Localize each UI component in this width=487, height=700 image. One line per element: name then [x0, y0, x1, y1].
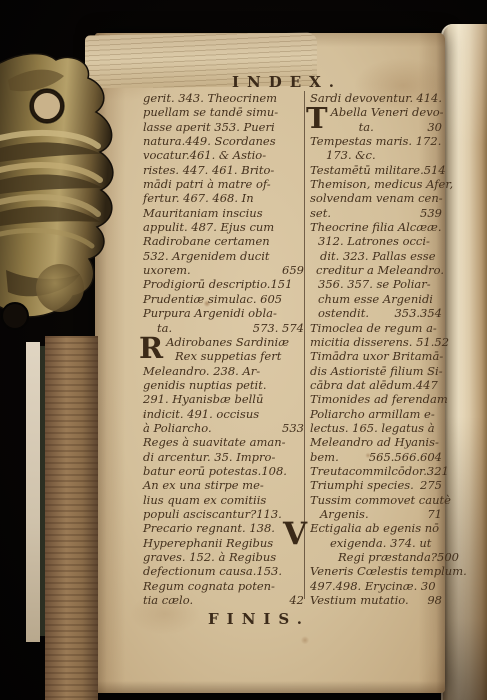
index-line: dis Astioristē filium Si-	[310, 364, 442, 378]
entry-text: 173. &c.	[326, 148, 376, 162]
index-line: graves. 152. à Regibus	[143, 550, 304, 564]
entry-text: exigenda. 374. ut	[330, 536, 431, 550]
entry-text: Tempestas maris. 172.	[310, 134, 441, 148]
entry-text: fertur. 467. 468. In	[143, 191, 254, 205]
entry-text: cābra dat alēdum.447	[310, 378, 438, 392]
entry-text: Prodigiorū descriptio.151	[143, 277, 292, 291]
entry-text: Prudentiæ simulac. 605	[143, 292, 282, 306]
index-line: RAdirobanes Sardiniæ	[143, 335, 304, 349]
index-line: mādi patri à matre of-	[143, 177, 304, 191]
entry-page-number: 98	[427, 593, 442, 607]
index-line: An ex una stirpe me-	[143, 478, 304, 492]
entry-text: genidis nuptias petit.	[143, 378, 266, 392]
entry-text: Treutacommilcōdor.321	[310, 464, 449, 478]
index-line: ristes. 447. 461. Brito-	[143, 163, 304, 177]
entry-text: Argenis.	[320, 507, 369, 521]
index-line: Timādra uxor Britamā-	[310, 349, 442, 363]
entry-text: appulit. 487. Ejus cum	[143, 220, 274, 234]
index-line: Triumphi species.275	[310, 478, 442, 492]
entry-text: Timādra uxor Britamā-	[310, 349, 443, 363]
index-line: cābra dat alēdum.447	[310, 378, 442, 392]
entry-text: Precario regnant. 138.	[143, 521, 275, 535]
entry-text: Meleandro. 238. Ar-	[143, 364, 260, 378]
index-line: Purpura Argenidi obla-	[143, 306, 304, 320]
index-column-left: gerit. 343. Theocrinempuellam se tandē s…	[143, 91, 304, 607]
page-edge-sliver	[26, 342, 40, 642]
index-line: 312. Latrones occi-	[310, 234, 442, 248]
entry-text: lasse aperit 353. Pueri	[143, 120, 275, 134]
entry-text: 532. Argenidem ducit	[143, 249, 270, 263]
entry-page-number: 414.	[416, 91, 442, 105]
index-line: ta.573. 574	[143, 321, 304, 335]
index-line: dit. 323. Pallas esse	[310, 249, 442, 263]
entry-text: Regi præstanda?500	[338, 550, 459, 564]
entry-text: di arcentur. 35. Impro-	[143, 450, 275, 464]
index-line: 291. Hyanisbæ bellū	[143, 392, 304, 406]
entry-text: mādi patri à matre of-	[143, 177, 271, 191]
finis-label: FINIS.	[95, 610, 445, 628]
book-fore-edge	[26, 336, 98, 700]
index-line: Theocrine filia Alcææ.	[310, 220, 442, 234]
entry-text: Hyperephanii Regibus	[143, 536, 273, 550]
entry-page-number: 565.566.604	[369, 450, 442, 464]
entry-text: bem.	[310, 450, 339, 464]
index-line: lius quam ex comitiis	[143, 493, 304, 507]
entry-text: batur eorū potestas.108.	[143, 464, 287, 478]
book-page: INDEX. gerit. 343. Theocrinempuellam se …	[95, 33, 445, 693]
index-line: vocatur.461. & Astio-	[143, 148, 304, 162]
index-line: Prodigiorū descriptio.151	[143, 277, 304, 291]
entry-text: Veneris Cœlestis templum.	[310, 564, 467, 578]
entry-text: indicit. 491. occisus	[143, 407, 259, 421]
index-line: 497.498. Erycinæ. 30	[310, 579, 442, 593]
index-line: Reges à suavitate aman-	[143, 435, 304, 449]
index-line: Timonides ad ferendam	[310, 392, 442, 406]
entry-page-number: 71	[427, 507, 442, 521]
entry-text: tia cælo.	[143, 593, 193, 607]
entry-text: à Poliarcho.	[143, 421, 212, 435]
entry-text: micitia disserens. 51.52	[310, 335, 449, 349]
entry-text: defectionum causa.153.	[143, 564, 282, 578]
entry-text: Theocrine filia Alcææ.	[310, 220, 442, 234]
index-line: tia cælo.42	[143, 593, 304, 607]
index-line: batur eorū potestas.108.	[143, 464, 304, 478]
index-line: uxorem.659	[143, 263, 304, 277]
entry-text: Purpura Argenidi obla-	[143, 306, 277, 320]
index-line: Tempestas maris. 172.	[310, 134, 442, 148]
index-line: Regum cognata poten-	[143, 579, 304, 593]
clasp-hole-bottom	[2, 303, 28, 329]
entry-text: Regum cognata poten-	[143, 579, 275, 593]
entry-page-number: 533	[282, 421, 304, 435]
index-line: Meleandro. 238. Ar-	[143, 364, 304, 378]
index-line: micitia disserens. 51.52	[310, 335, 442, 349]
entry-text: lius quam ex comitiis	[143, 493, 266, 507]
index-line: Radirobane certamen	[143, 234, 304, 248]
entry-text: dis Astioristē filium Si-	[310, 364, 443, 378]
index-line: Prudentiæ simulac. 605	[143, 292, 304, 306]
entry-text: Abella Veneri devo-	[331, 105, 444, 119]
index-line: VEctigalia ab egenis nō	[310, 521, 442, 535]
index-line: creditur a Meleandro.	[310, 263, 442, 277]
entry-text: ristes. 447. 461. Brito-	[143, 163, 274, 177]
index-line: populi asciscantur?113.	[143, 507, 304, 521]
entry-text: creditur a Meleandro.	[316, 263, 444, 277]
index-line: chum esse Argenidi	[310, 292, 442, 306]
entry-text: gerit. 343. Theocrinem	[143, 91, 277, 105]
index-line: Argenis.71	[310, 507, 442, 521]
entry-text: ostendit.	[318, 306, 369, 320]
index-line: 532. Argenidem ducit	[143, 249, 304, 263]
facing-page-edge	[441, 24, 487, 700]
index-line: natura.449. Scordanes	[143, 134, 304, 148]
entry-text: solvendam venam cen-	[310, 191, 443, 205]
entry-text: Poliarcho armillam e-	[310, 407, 435, 421]
index-line: Themison, medicus Afer,	[310, 177, 442, 191]
index-line: gerit. 343. Theocrinem	[143, 91, 304, 105]
index-line: exigenda. 374. ut	[310, 536, 442, 550]
index-line: Mauritaniam inscius	[143, 206, 304, 220]
drop-cap: R	[139, 335, 163, 362]
entry-page-number: 353.354	[394, 306, 442, 320]
index-line: à Poliarcho.533	[143, 421, 304, 435]
index-line: TAbella Veneri devo-	[310, 105, 442, 119]
index-line: solvendam venam cen-	[310, 191, 442, 205]
index-line: Testamētū militare.514	[310, 163, 442, 177]
index-line: appulit. 487. Ejus cum	[143, 220, 304, 234]
index-line: puellam se tandē simu-	[143, 105, 304, 119]
entry-text: Meleandro ad Hyanis-	[310, 435, 439, 449]
entry-text: Rex suppetias fert	[175, 349, 281, 363]
index-line: Hyperephanii Regibus	[143, 536, 304, 550]
entry-page-number: 573. 574	[253, 321, 304, 335]
clasp-hole-top	[32, 91, 62, 121]
entry-text: uxorem.	[143, 263, 191, 277]
index-line: Timoclea de regum a-	[310, 321, 442, 335]
entry-page-number: 30	[427, 120, 442, 134]
entry-text: ta.	[157, 321, 172, 335]
drop-cap: T	[306, 105, 328, 132]
entry-text: 312. Latrones occi-	[318, 234, 430, 248]
index-line: indicit. 491. occisus	[143, 407, 304, 421]
entry-text: dit. 323. Pallas esse	[320, 249, 436, 263]
entry-page-number: 539	[420, 206, 442, 220]
entry-text: Timonides ad ferendam	[310, 392, 448, 406]
index-line: defectionum causa.153.	[143, 564, 304, 578]
index-line: Vestium mutatio.98	[310, 593, 442, 607]
entry-text: 356. 357. se Poliar-	[318, 277, 431, 291]
index-line: lectus. 165. legatus à	[310, 421, 442, 435]
index-line: lasse aperit 353. Pueri	[143, 120, 304, 134]
index-line: bem.565.566.604	[310, 450, 442, 464]
index-line: Treutacommilcōdor.321	[310, 464, 442, 478]
entry-text: Timoclea de regum a-	[310, 321, 437, 335]
index-line: 356. 357. se Poliar-	[310, 277, 442, 291]
index-line: Veneris Cœlestis templum.	[310, 564, 442, 578]
index-line: di arcentur. 35. Impro-	[143, 450, 304, 464]
index-line: ostendit.353.354	[310, 306, 442, 320]
index-line: 173. &c.	[310, 148, 442, 162]
entry-page-number: 42	[289, 593, 304, 607]
entry-text: Sardi devoventur.	[310, 91, 413, 105]
entry-text: Ectigalia ab egenis nō	[310, 521, 439, 535]
stained-page-edges	[45, 336, 98, 700]
entry-text: set.	[310, 206, 331, 220]
entry-text: Adirobanes Sardiniæ	[166, 335, 289, 349]
brass-clasp	[0, 50, 122, 342]
entry-text: 291. Hyanisbæ bellū	[143, 392, 263, 406]
entry-page-number: 275	[420, 478, 442, 492]
entry-text: Radirobane certamen	[143, 234, 270, 248]
entry-text: populi asciscantur?113.	[143, 507, 282, 521]
entry-text: An ex una stirpe me-	[143, 478, 264, 492]
drop-cap: V	[283, 521, 307, 548]
entry-text: puellam se tandē simu-	[143, 105, 278, 119]
index-line: Regi præstanda?500	[310, 550, 442, 564]
entry-text: chum esse Argenidi	[318, 292, 433, 306]
index-line: genidis nuptias petit.	[143, 378, 304, 392]
entry-text: Reges à suavitate aman-	[143, 435, 286, 449]
index-line: Precario regnant. 138.	[143, 521, 304, 535]
entry-text: natura.449. Scordanes	[143, 134, 276, 148]
entry-text: Vestium mutatio.	[310, 593, 409, 607]
index-column-right: Sardi devoventur.414.TAbella Veneri devo…	[310, 91, 442, 607]
index-line: Poliarcho armillam e-	[310, 407, 442, 421]
index-line: Sardi devoventur.414.	[310, 91, 442, 105]
entry-text: Themison, medicus Afer,	[310, 177, 453, 191]
entry-text: 497.498. Erycinæ. 30	[310, 579, 436, 593]
entry-text: ta.	[359, 120, 374, 134]
entry-text: graves. 152. à Regibus	[143, 550, 276, 564]
entry-text: Triumphi species.	[310, 478, 414, 492]
book-photo: INDEX. gerit. 343. Theocrinempuellam se …	[0, 0, 487, 700]
index-title: INDEX.	[95, 73, 445, 91]
entry-page-number: 659	[282, 263, 304, 277]
index-line: Tussim commovet cautè	[310, 493, 442, 507]
entry-text: Tussim commovet cautè	[310, 493, 451, 507]
entry-text: lectus. 165. legatus à	[310, 421, 435, 435]
index-line: Meleandro ad Hyanis-	[310, 435, 442, 449]
index-line: ta.30	[331, 120, 442, 134]
entry-text: vocatur.461. & Astio-	[143, 148, 266, 162]
index-line: Rex suppetias fert	[143, 349, 304, 363]
index-line: fertur. 467. 468. In	[143, 191, 304, 205]
entry-text: Testamētū militare.514	[310, 163, 446, 177]
entry-text: Mauritaniam inscius	[143, 206, 263, 220]
index-line: set.539	[310, 206, 442, 220]
